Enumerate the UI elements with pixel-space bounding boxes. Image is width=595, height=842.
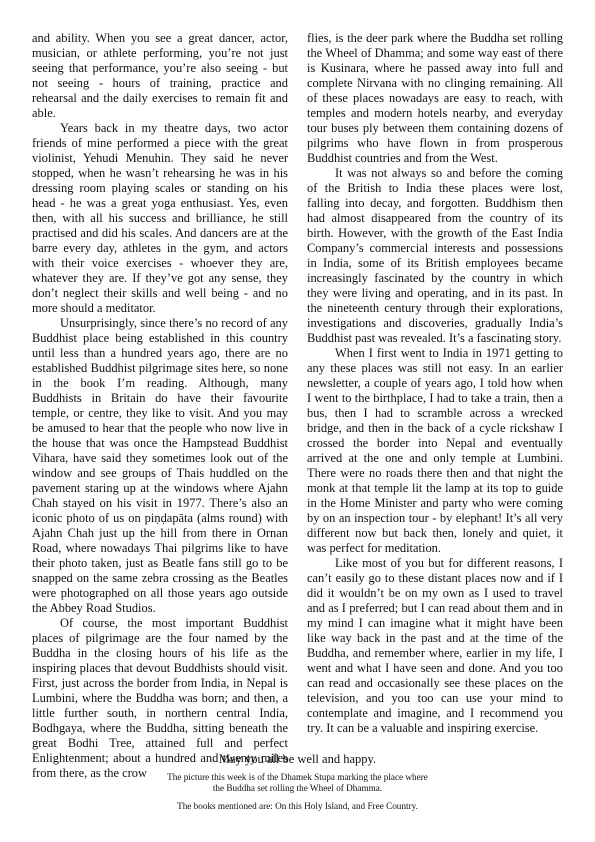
paragraph: Like most of you but for different reaso… [307,556,563,736]
picture-caption: The picture this week is of the Dhamek S… [0,772,595,794]
books-mentioned: The books mentioned are: On this Holy Is… [0,801,595,811]
left-column: and ability. When you see a great dancer… [32,31,288,781]
paragraph: flies, is the deer park where the Buddha… [307,31,563,166]
paragraph: Years back in my theatre days, two actor… [32,121,288,316]
paragraph: and ability. When you see a great dancer… [32,31,288,121]
caption-line: the Buddha set rolling the Wheel of Dham… [0,783,595,794]
caption-line: The picture this week is of the Dhamek S… [0,772,595,783]
paragraph: When I first went to India in 1971 getti… [307,346,563,556]
closing-blessing: May you all be well and happy. [0,752,595,767]
article-columns: and ability. When you see a great dancer… [32,31,563,781]
paragraph: It was not always so and before the comi… [307,166,563,346]
paragraph: Unsurprisingly, since there’s no record … [32,316,288,616]
right-column: flies, is the deer park where the Buddha… [307,31,563,781]
